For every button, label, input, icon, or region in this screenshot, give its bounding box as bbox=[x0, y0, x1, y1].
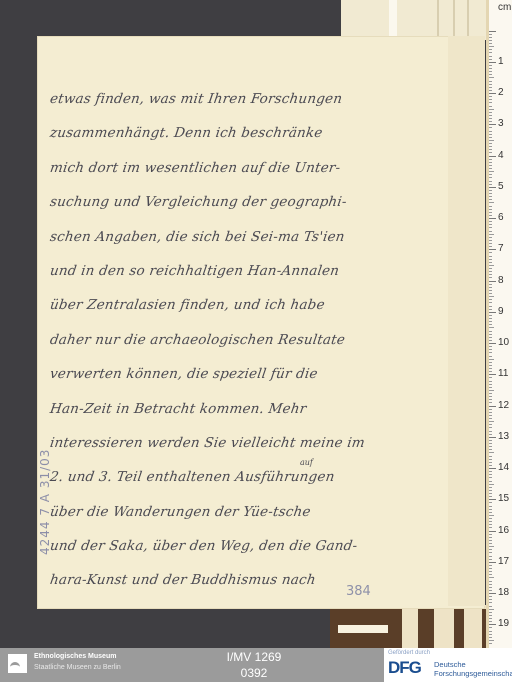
ruler-tick bbox=[489, 409, 492, 410]
ruler-tick bbox=[489, 437, 496, 438]
ruler-tick bbox=[489, 443, 492, 444]
ruler-tick bbox=[489, 321, 492, 322]
text-line: hara-Kunst und der Buddhismus nach bbox=[48, 563, 453, 597]
ruler-tick bbox=[489, 518, 492, 519]
ruler-label: 7 bbox=[498, 244, 504, 254]
ruler-tick bbox=[489, 40, 492, 41]
ruler-tick bbox=[489, 568, 492, 569]
ruler-tick bbox=[489, 165, 492, 166]
page-edge bbox=[467, 0, 469, 40]
ruler-tick bbox=[489, 265, 494, 266]
ruler-label: 5 bbox=[498, 182, 504, 192]
text-line: suchung und Vergleichung der geographi- bbox=[48, 185, 453, 219]
text-line: daher nur die archaeologischen Resultate bbox=[48, 323, 453, 357]
text-line: etwas finden, was mit Ihren Forschungen bbox=[48, 82, 453, 116]
ruler-tick bbox=[489, 609, 494, 610]
ruler-tick bbox=[489, 187, 496, 188]
ruler-tick bbox=[489, 459, 492, 460]
ruler-tick bbox=[489, 396, 492, 397]
ruler-tick bbox=[489, 331, 492, 332]
interlinear-insertion: auf bbox=[300, 458, 313, 467]
handwritten-text: etwas finden, was mit Ihren Forschungen … bbox=[50, 82, 450, 598]
ruler-tick bbox=[489, 577, 494, 578]
ruler-tick bbox=[489, 502, 492, 503]
ruler-label: 16 bbox=[498, 526, 509, 536]
ruler-tick bbox=[489, 299, 492, 300]
ruler-tick bbox=[489, 131, 492, 132]
ruler-tick bbox=[489, 324, 492, 325]
page-edge bbox=[434, 609, 454, 648]
ruler-tick bbox=[489, 343, 496, 344]
ruler-tick bbox=[489, 118, 492, 119]
text-line: verwerten können, die speziell für die bbox=[48, 357, 453, 391]
page-edge bbox=[338, 625, 388, 633]
ruler-label: 4 bbox=[498, 151, 504, 161]
ruler-tick bbox=[489, 271, 492, 272]
ruler-tick bbox=[489, 534, 492, 535]
ruler-tick bbox=[489, 262, 492, 263]
ruler-tick bbox=[489, 574, 492, 575]
ruler-label: 19 bbox=[498, 619, 509, 629]
ruler-tick bbox=[489, 268, 492, 269]
ruler-tick bbox=[489, 34, 492, 35]
ruler-tick bbox=[489, 293, 492, 294]
pencil-page-number: 384 bbox=[346, 584, 371, 599]
ruler-tick bbox=[489, 109, 494, 110]
ruler-tick bbox=[489, 121, 492, 122]
archive-margin-note: 4244 7 A 31/03 bbox=[38, 435, 54, 555]
ruler-tick bbox=[489, 546, 494, 547]
ruler-tick bbox=[489, 393, 492, 394]
ruler-tick bbox=[489, 143, 492, 144]
text-line: über Zentralasien finden, und ich habe bbox=[48, 288, 453, 322]
stacked-pages-bottom bbox=[330, 605, 486, 648]
ruler-tick bbox=[489, 74, 492, 75]
ruler-tick bbox=[489, 71, 492, 72]
ruler-tick bbox=[489, 171, 494, 172]
ruler-tick bbox=[489, 59, 492, 60]
ruler-tick bbox=[489, 456, 492, 457]
ruler-tick bbox=[489, 106, 492, 107]
ruler-tick bbox=[489, 168, 492, 169]
ruler-tick bbox=[489, 556, 492, 557]
ruler-tick bbox=[489, 259, 492, 260]
ruler-tick bbox=[489, 306, 492, 307]
ruler-label: 13 bbox=[498, 432, 509, 442]
ruler-tick bbox=[489, 256, 492, 257]
letter-page-fold bbox=[448, 36, 485, 606]
ruler-tick bbox=[489, 334, 492, 335]
ruler-tick bbox=[489, 81, 492, 82]
ruler-tick bbox=[489, 37, 492, 38]
ruler-tick bbox=[489, 99, 492, 100]
ruler-tick bbox=[489, 440, 492, 441]
ruler-tick bbox=[489, 281, 496, 282]
ruler-tick bbox=[489, 277, 492, 278]
ruler-label: 9 bbox=[498, 307, 504, 317]
ruler-tick bbox=[489, 327, 494, 328]
ruler-tick bbox=[489, 531, 496, 532]
text-line: zusammenhängt. Denn ich beschränke bbox=[48, 116, 453, 150]
ruler-label: 11 bbox=[498, 369, 508, 379]
ruler-tick bbox=[489, 184, 492, 185]
ruler-tick bbox=[489, 640, 494, 641]
ruler-tick bbox=[489, 427, 492, 428]
text-line: Han-Zeit in Betracht kommen. Mehr bbox=[48, 392, 453, 426]
ruler-tick bbox=[489, 46, 494, 47]
ruler-tick bbox=[489, 159, 492, 160]
ruler-tick bbox=[489, 490, 492, 491]
ruler-tick bbox=[489, 349, 492, 350]
ruler-label: 15 bbox=[498, 494, 509, 504]
shelfmark: I/MV 1269 bbox=[214, 650, 294, 664]
ruler-tick bbox=[489, 565, 492, 566]
ruler-tick bbox=[489, 521, 492, 522]
ruler-tick bbox=[489, 124, 496, 125]
ruler-tick bbox=[489, 315, 492, 316]
ruler-tick bbox=[489, 162, 492, 163]
ruler-tick bbox=[489, 543, 492, 544]
ruler-tick bbox=[489, 512, 492, 513]
ruler-tick bbox=[489, 362, 492, 363]
ruler-tick bbox=[489, 115, 492, 116]
text-line: über die Wanderungen der Yüe-tsche bbox=[48, 495, 453, 529]
ruler-label: 1 bbox=[498, 57, 504, 67]
ruler-tick bbox=[489, 49, 492, 50]
ruler-label: 17 bbox=[498, 557, 509, 567]
ruler-tick bbox=[489, 249, 496, 250]
ruler-tick bbox=[489, 212, 492, 213]
ruler-tick bbox=[489, 634, 492, 635]
ruler-tick bbox=[489, 252, 492, 253]
ruler-tick bbox=[489, 215, 492, 216]
ruler-tick bbox=[489, 93, 496, 94]
ruler-unit-label: cm bbox=[498, 3, 511, 13]
ruler-tick bbox=[489, 446, 492, 447]
ruler-tick bbox=[489, 221, 492, 222]
ruler-tick bbox=[489, 381, 492, 382]
ruler-tick bbox=[489, 243, 492, 244]
ruler-tick bbox=[489, 493, 492, 494]
ruler-tick bbox=[489, 424, 492, 425]
museum-logo-icon bbox=[8, 654, 27, 673]
ruler-tick bbox=[489, 590, 492, 591]
ruler-label: 2 bbox=[498, 88, 504, 98]
ruler-tick bbox=[489, 506, 492, 507]
funded-by-label: Gefördert durch bbox=[388, 650, 430, 656]
ruler-tick bbox=[489, 246, 492, 247]
ruler-tick bbox=[489, 62, 496, 63]
ruler-tick bbox=[489, 287, 492, 288]
text-line: interessieren werden Sie vielleicht mein… bbox=[48, 426, 453, 460]
dfg-logo-icon: DFG bbox=[388, 659, 421, 677]
ruler-tick bbox=[489, 196, 492, 197]
ruler-tick bbox=[489, 368, 492, 369]
ruler-tick bbox=[489, 390, 494, 391]
ruler-tick bbox=[489, 593, 496, 594]
ruler-tick bbox=[489, 346, 492, 347]
ruler-tick bbox=[489, 474, 492, 475]
ruler-label: 14 bbox=[498, 463, 509, 473]
dfg-name-line2: Forschungsgemeinschaft bbox=[434, 669, 512, 678]
ruler-tick bbox=[489, 87, 492, 88]
museum-name: Ethnologisches Museum bbox=[34, 653, 116, 660]
ruler-tick bbox=[489, 284, 492, 285]
ruler-tick bbox=[489, 399, 492, 400]
ruler-tick bbox=[489, 352, 492, 353]
ruler-tick bbox=[489, 137, 492, 138]
ruler-label: 6 bbox=[498, 213, 504, 223]
ruler-tick bbox=[489, 177, 492, 178]
ruler-tick bbox=[489, 449, 492, 450]
text-line: 2. und 3. Teil enthaltenen Ausführungen bbox=[48, 460, 453, 494]
ruler-tick bbox=[489, 156, 496, 157]
ruler-tick bbox=[489, 559, 492, 560]
ruler-tick bbox=[489, 371, 492, 372]
ruler-tick bbox=[489, 515, 494, 516]
ruler-tick bbox=[489, 134, 492, 135]
ruler-tick bbox=[489, 193, 492, 194]
ruler-tick bbox=[489, 199, 492, 200]
ruler-tick bbox=[489, 52, 492, 53]
ruler-tick bbox=[489, 599, 492, 600]
ruler-tick bbox=[489, 290, 492, 291]
ruler-tick bbox=[489, 509, 492, 510]
ruler-tick bbox=[489, 412, 492, 413]
ruler-tick bbox=[489, 452, 494, 453]
ruler-tick bbox=[489, 56, 492, 57]
ruler-tick bbox=[489, 618, 492, 619]
ruler-tick bbox=[489, 527, 492, 528]
text-line: mich dort im wesentlichen auf die Unter- bbox=[48, 151, 453, 185]
page-edge bbox=[453, 0, 455, 40]
ruler-tick bbox=[489, 387, 492, 388]
ruler-tick bbox=[489, 587, 492, 588]
ruler-tick bbox=[489, 65, 492, 66]
ruler-tick bbox=[489, 202, 494, 203]
ruler-tick bbox=[489, 596, 492, 597]
ruler-tick bbox=[489, 152, 492, 153]
ruler-tick bbox=[489, 540, 492, 541]
ruler-tick bbox=[489, 484, 494, 485]
ruler-label: 18 bbox=[498, 588, 509, 598]
ruler-tick bbox=[489, 402, 492, 403]
text-line: und der Saka, über den Weg, den die Gand… bbox=[48, 529, 453, 563]
ruler-tick bbox=[489, 365, 492, 366]
ruler-tick bbox=[489, 415, 492, 416]
ruler-tick bbox=[489, 612, 492, 613]
page-edge bbox=[437, 0, 439, 40]
dfg-name-line1: Deutsche bbox=[434, 660, 466, 669]
ruler-tick bbox=[489, 218, 496, 219]
ruler-tick bbox=[489, 602, 492, 603]
scan-page-number: 0392 bbox=[214, 666, 294, 680]
page-edge bbox=[464, 609, 482, 648]
ruler-tick bbox=[489, 471, 492, 472]
ruler-tick bbox=[489, 465, 492, 466]
ruler-tick bbox=[489, 43, 492, 44]
ruler-tick bbox=[489, 524, 492, 525]
ruler-tick bbox=[489, 621, 492, 622]
ruler-tick bbox=[489, 209, 492, 210]
ruler-tick bbox=[489, 468, 496, 469]
page-edge bbox=[389, 0, 397, 36]
ruler-tick bbox=[489, 499, 496, 500]
ruler-label: 3 bbox=[498, 119, 504, 129]
ruler-tick bbox=[489, 434, 492, 435]
ruler-tick bbox=[489, 374, 496, 375]
ruler-tick bbox=[489, 359, 494, 360]
ruler-tick bbox=[489, 340, 492, 341]
footer-bar: Ethnologisches Museum Staatliche Museen … bbox=[0, 648, 512, 682]
ruler-tick bbox=[489, 496, 492, 497]
ruler-tick bbox=[489, 624, 496, 625]
ruler-tick bbox=[489, 537, 492, 538]
ruler-tick bbox=[489, 418, 492, 419]
ruler-tick bbox=[489, 487, 492, 488]
ruler-tick bbox=[489, 296, 494, 297]
ruler-tick bbox=[489, 174, 492, 175]
ruler-tick bbox=[489, 302, 492, 303]
ruler-tick bbox=[489, 584, 492, 585]
ruler-label: 12 bbox=[498, 401, 509, 411]
ruler-tick bbox=[489, 31, 496, 32]
ruler-tick bbox=[489, 615, 492, 616]
ruler-tick bbox=[489, 481, 492, 482]
ruler-tick bbox=[489, 237, 492, 238]
ruler-tick bbox=[489, 312, 496, 313]
museum-subtitle: Staatliche Museen zu Berlin bbox=[34, 664, 121, 671]
ruler-tick bbox=[489, 421, 494, 422]
ruler-tick bbox=[489, 337, 492, 338]
ruler-tick bbox=[489, 146, 492, 147]
ruler-tick bbox=[489, 462, 492, 463]
ruler-tick bbox=[489, 206, 492, 207]
ruler-label: 8 bbox=[498, 276, 504, 286]
ruler-tick bbox=[489, 356, 492, 357]
ruler-tick bbox=[489, 631, 492, 632]
ruler-tick bbox=[489, 606, 492, 607]
ruler-tick bbox=[489, 406, 496, 407]
ruler-tick bbox=[489, 68, 492, 69]
ruler-tick bbox=[489, 627, 492, 628]
ruler-tick bbox=[489, 309, 492, 310]
ruler-tick bbox=[489, 384, 492, 385]
ruler-tick bbox=[489, 637, 492, 638]
stacked-pages-top bbox=[341, 0, 486, 40]
ruler-tick bbox=[489, 181, 492, 182]
ruler-tick bbox=[489, 549, 492, 550]
ruler-tick bbox=[489, 231, 492, 232]
ruler-tick bbox=[489, 431, 492, 432]
ruler-tick bbox=[489, 318, 492, 319]
page-edge bbox=[402, 609, 418, 648]
ruler-tick bbox=[489, 477, 492, 478]
ruler-tick bbox=[489, 96, 492, 97]
ruler-tick bbox=[489, 643, 492, 644]
ruler-tick bbox=[489, 149, 492, 150]
ruler-tick bbox=[489, 140, 494, 141]
dfg-funding-panel: Gefördert durch DFG Deutsche Forschungsg… bbox=[384, 648, 512, 682]
ruler-tick bbox=[489, 240, 492, 241]
ruler-tick bbox=[489, 224, 492, 225]
ruler-tick bbox=[489, 552, 492, 553]
ruler-tick bbox=[489, 571, 492, 572]
text-line: und in den so reichhaltigen Han-Annalen bbox=[48, 254, 453, 288]
ruler-tick bbox=[489, 377, 492, 378]
ruler-tick bbox=[489, 84, 492, 85]
ruler-tick bbox=[489, 112, 492, 113]
ruler-tick bbox=[489, 234, 494, 235]
ruler-label: 10 bbox=[498, 338, 509, 348]
ruler-tick bbox=[489, 274, 492, 275]
ruler-tick bbox=[489, 562, 496, 563]
ruler-tick bbox=[489, 102, 492, 103]
ruler-tick bbox=[489, 227, 492, 228]
ruler-tick bbox=[489, 581, 492, 582]
ruler-tick bbox=[489, 127, 492, 128]
ruler-tick bbox=[489, 90, 492, 91]
text-line: schen Angaben, die sich bei Sei-ma Ts'ie… bbox=[48, 220, 453, 254]
ruler-tick bbox=[489, 77, 494, 78]
ruler-tick bbox=[489, 190, 492, 191]
